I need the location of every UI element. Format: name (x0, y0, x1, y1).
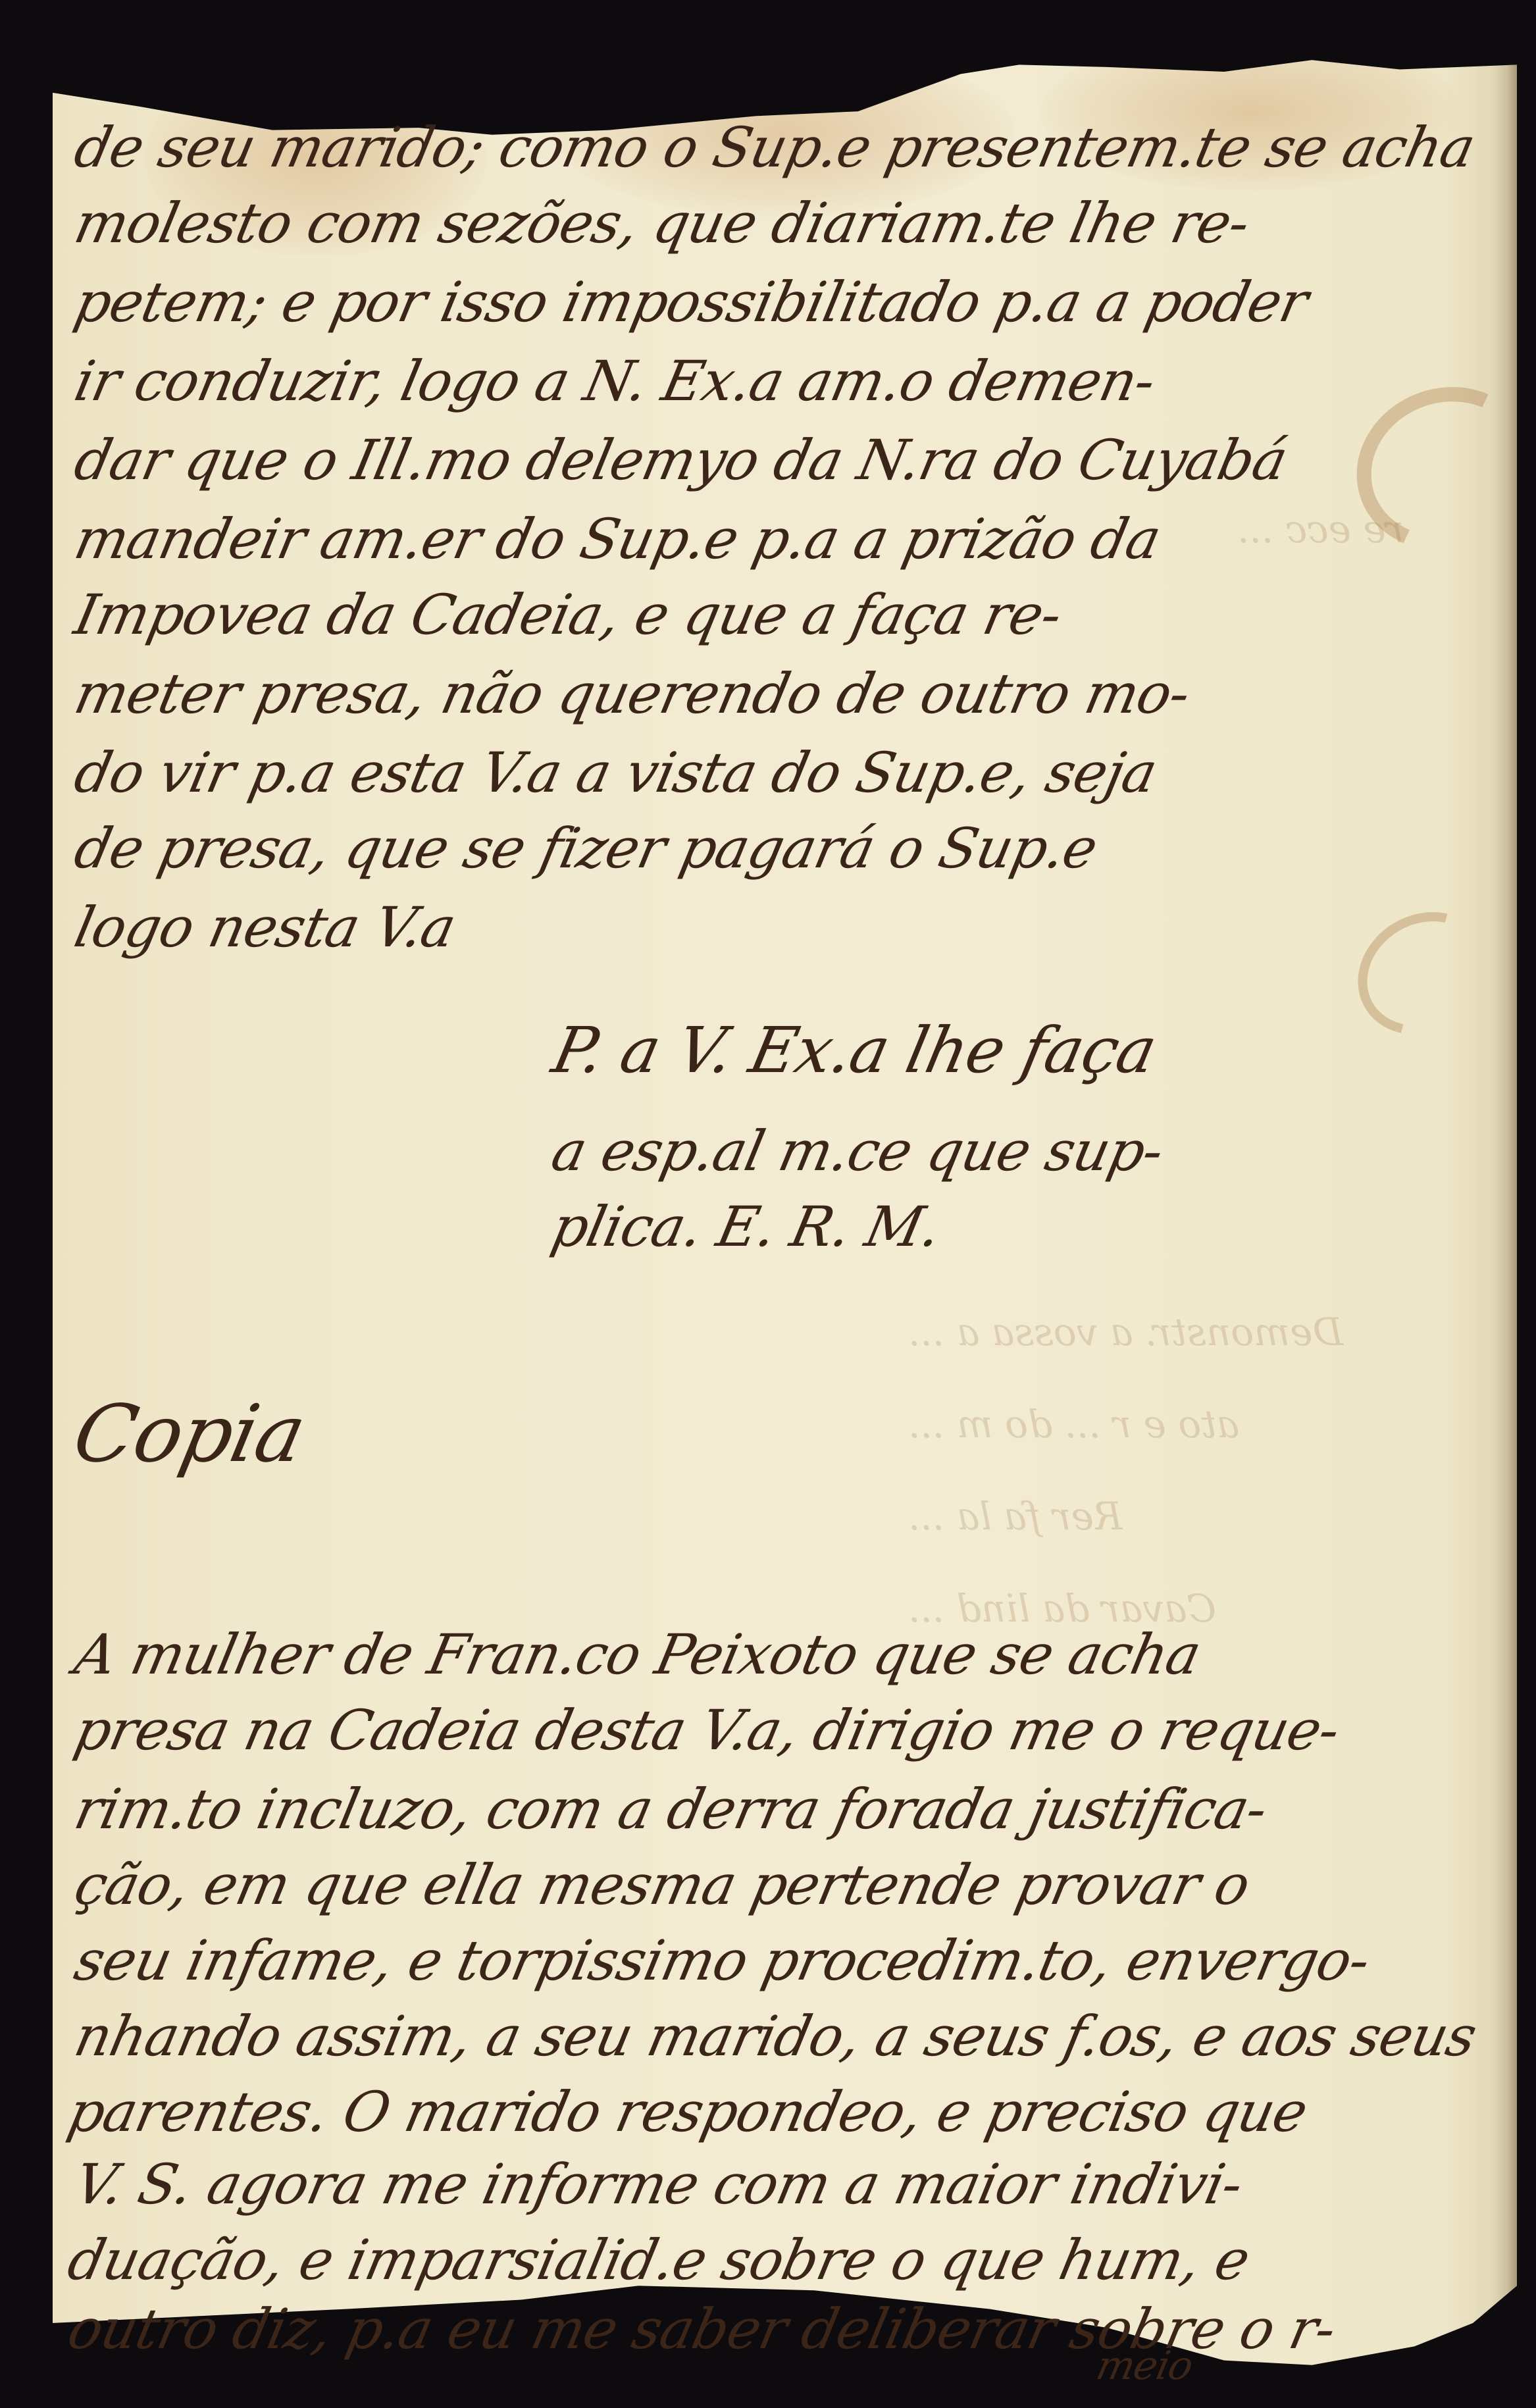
manuscript-line: parentes. O marido respondeo, e preciso … (63, 2080, 1313, 2144)
ink-bleed-through: re ecc ... (1237, 507, 1404, 551)
ink-bleed-through: Demonstr. a vossa a ... (908, 1310, 1343, 1354)
manuscript-line: A mulher de Fran.co Peixoto que se acha (69, 1622, 1206, 1687)
ink-bleed-through: Rer fa la ... (908, 1494, 1123, 1539)
manuscript-line: dar que o Ill.mo delemyo da N.ra do Cuya… (69, 428, 1293, 492)
ink-bleed-through: ato e r ... do m ... (908, 1402, 1239, 1447)
closing-line: plica. E. R. M. (546, 1194, 946, 1259)
closing-line: a esp.al m.ce que sup- (546, 1119, 1169, 1183)
water-stain-ring-right-lower (1335, 888, 1512, 1058)
closing-line: P. a V. Ex.a lhe faça (546, 1013, 1162, 1087)
manuscript-line: V. S. agora me informe com a maior indiv… (69, 2152, 1248, 2216)
manuscript-line: mandeir am.er do Sup.e p.a a prizão da (69, 507, 1166, 571)
manuscript-line: do vir p.a esta V.a a vista do Sup.e, se… (69, 740, 1162, 805)
manuscript-line: molesto com sezões, que diariam.te lhe r… (69, 191, 1255, 255)
manuscript-line: rim.to incluzo, com a derra forada justi… (69, 1777, 1273, 1841)
manuscript-line: presa na Cadeia desta V.a, dirigio me o … (69, 1698, 1345, 1762)
catchword: meio (1092, 2343, 1197, 2389)
manuscript-line: duação, e imparsialid.e sobre o que hum,… (63, 2228, 1255, 2292)
manuscript-line: ir conduzir, logo a N. Ex.a am.o demen- (69, 349, 1161, 413)
manuscript-line: ção, em que ella mesma pertende provar o (69, 1853, 1255, 1917)
manuscript-line: meter presa, não querendo de outro mo- (69, 661, 1195, 726)
manuscript-line: logo nesta V.a (69, 895, 461, 960)
section-heading: Copia (66, 1389, 313, 1480)
manuscript-line: de seu marido; como o Sup.e presentem.te… (69, 115, 1480, 180)
manuscript-line: Impovea da Cadeia, e que a faça re- (69, 582, 1067, 647)
manuscript-line: seu infame, e torpissimo procedim.to, en… (69, 1928, 1375, 1993)
manuscript-line: petem; e por isso impossibilitado p.a a … (69, 270, 1314, 334)
page-fold-edge (1492, 46, 1517, 2379)
manuscript-line: nhando assim, a seu marido, a seus f.os,… (69, 2004, 1482, 2068)
manuscript-line: de presa, que se fizer pagará o Sup.e (69, 816, 1103, 881)
